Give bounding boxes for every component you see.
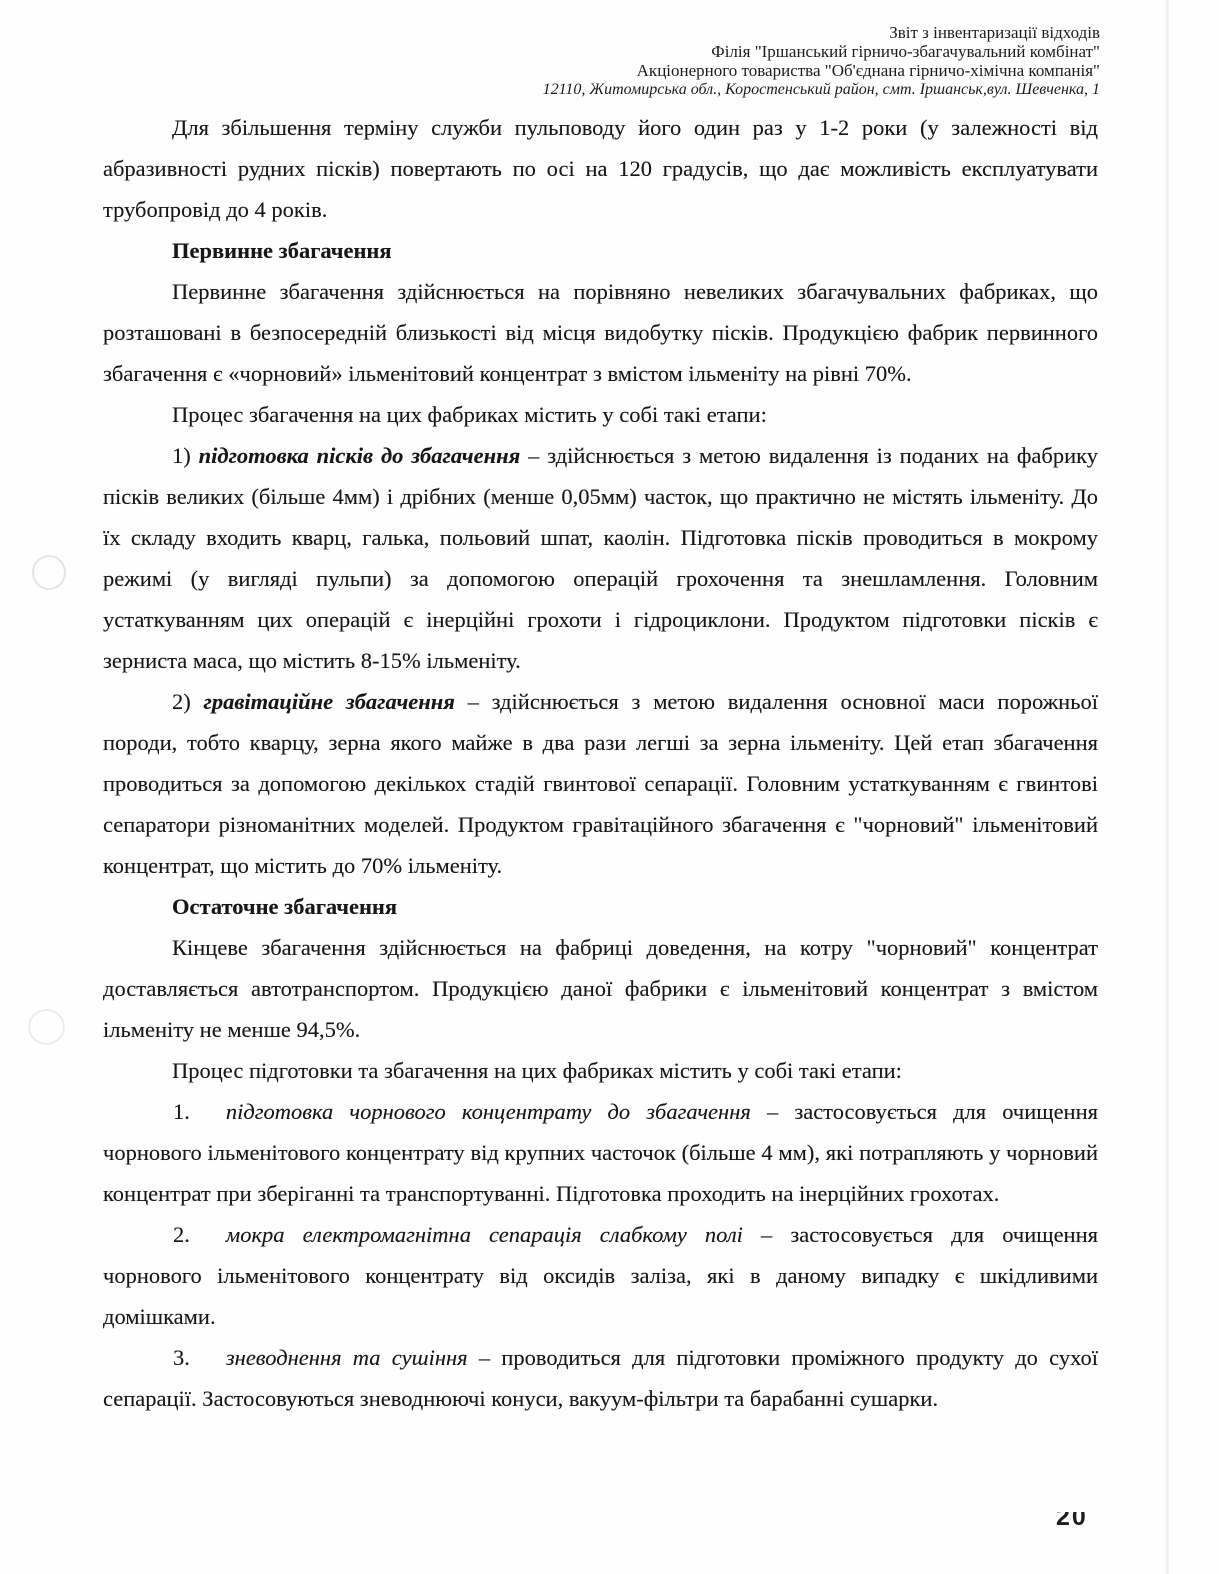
header-company-name: Акціонерного товариства "Об'єднана гірни…: [543, 61, 1100, 80]
paragraph-stage-sand-preparation: 1) підготовка пісків до збагачення – зді…: [103, 435, 1098, 681]
scan-fold-line: [1166, 0, 1169, 1574]
list-item-wet-magnetic-separation: 2.мокра електромагнітна сепарація слабко…: [103, 1214, 1098, 1337]
header-address: 12110, Житомирська обл., Коростенський р…: [543, 80, 1100, 99]
paragraph-primary-enrichment: Первинне збагачення здійснюється на порі…: [103, 271, 1098, 394]
paragraph-stages-intro: Процес збагачення на цих фабриках містит…: [103, 394, 1098, 435]
stage-number: 1): [172, 443, 199, 468]
stage-description: – здійснюється з метою видалення основно…: [103, 689, 1098, 878]
paragraph-pipeline-service: Для збільшення терміну служби пульповоду…: [103, 107, 1098, 230]
list-item-term: мокра електромагнітна сепарація слабкому…: [226, 1222, 743, 1247]
header-branch-name: Філія "Іршанський гірничо-збагачувальний…: [543, 42, 1100, 61]
stage-term: підготовка пісків до збагачення: [199, 443, 521, 468]
list-item-term: зневоднення та сушіння: [226, 1345, 468, 1370]
page-number: 20: [1056, 1512, 1102, 1534]
paragraph-final-stages-intro: Процес підготовки та збагачення на цих ф…: [103, 1050, 1098, 1091]
document-header: Звіт з інвентаризації відходів Філія "Ір…: [543, 23, 1100, 99]
list-item-number: 1.: [173, 1099, 190, 1124]
punch-hole-artifact: [28, 1009, 65, 1045]
heading-final-enrichment: Остаточне збагачення: [103, 886, 1098, 927]
stage-term: гравітаційне збагачення: [204, 689, 455, 714]
heading-primary-enrichment: Первинне збагачення: [103, 230, 1098, 271]
paragraph-final-enrichment: Кінцеве збагачення здійснюється на фабри…: [103, 927, 1098, 1050]
stage-number: 2): [172, 689, 204, 714]
punch-hole-artifact: [32, 555, 66, 590]
paragraph-stage-gravity-enrichment: 2) гравітаційне збагачення – здійснюєтьс…: [103, 681, 1098, 886]
document-page: Звіт з інвентаризації відходів Філія "Ір…: [0, 0, 1219, 1574]
list-item-concentrate-preparation: 1.підготовка чорнового концентрату до зб…: [103, 1091, 1098, 1214]
stage-description: – здійснюється з метою видалення із пода…: [103, 443, 1098, 673]
list-item-term: підготовка чорнового концентрату до збаг…: [226, 1099, 751, 1124]
list-item-dewatering-drying: 3.зневоднення та сушіння – проводиться д…: [103, 1337, 1098, 1419]
list-item-number: 2.: [173, 1222, 190, 1247]
document-body: Для збільшення терміну служби пульповоду…: [103, 107, 1098, 1419]
list-item-number: 3.: [173, 1345, 190, 1370]
header-report-title: Звіт з інвентаризації відходів: [543, 23, 1100, 42]
